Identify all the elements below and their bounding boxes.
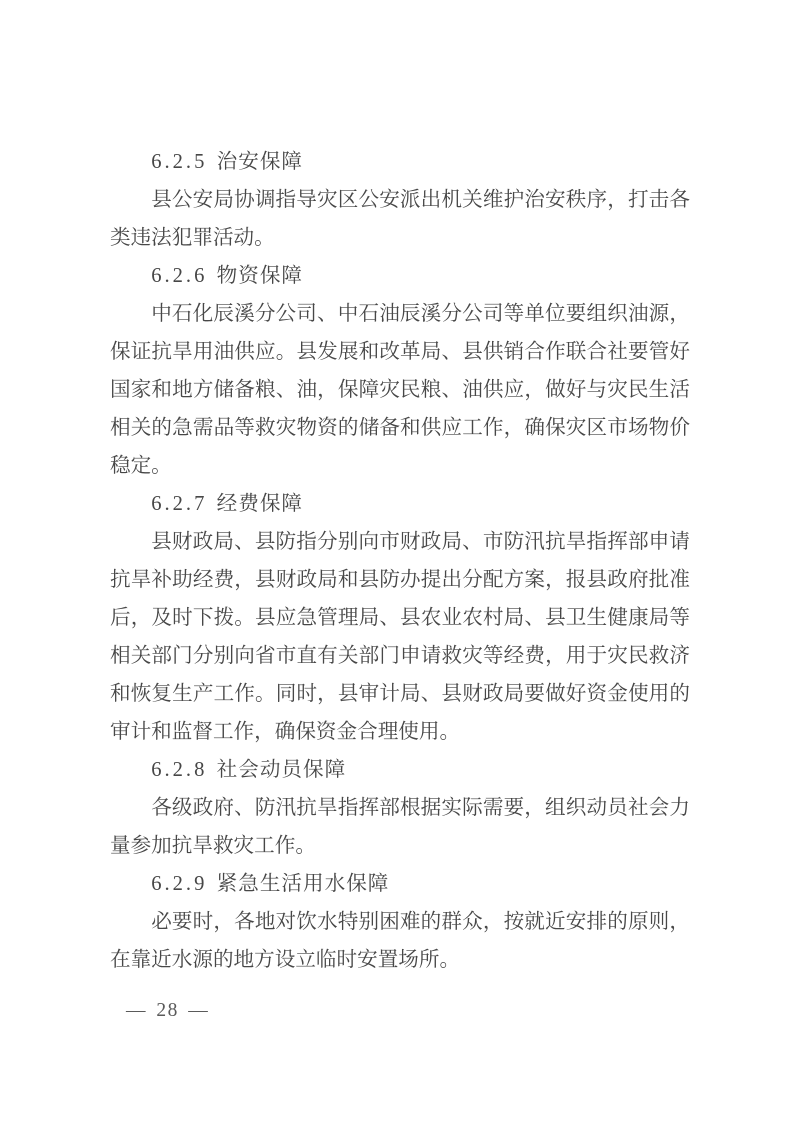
document-content: 6.2.5治安保障 县公安局协调指导灾区公安派出机关维护治安秩序，打击各类违法犯…: [110, 143, 690, 979]
section-title: 物资保障: [217, 265, 303, 287]
section-paragraph: 各级政府、防汛抗旱指挥部根据实际需要，组织动员社会力量参加抗旱救灾工作。: [110, 789, 690, 865]
section-paragraph: 县财政局、县防指分别向市财政局、市防汛抗旱指挥部申请抗旱补助经费，县财政局和县防…: [110, 523, 690, 751]
section-heading: 6.2.8社会动员保障: [110, 751, 690, 789]
section-title: 紧急生活用水保障: [217, 873, 390, 895]
section-title: 经费保障: [217, 493, 303, 515]
section-title: 治安保障: [217, 151, 303, 173]
section-paragraph: 中石化辰溪分公司、中石油辰溪分公司等单位要组织油源，保证抗旱用油供应。县发展和改…: [110, 295, 690, 485]
section-6-2-6: 6.2.6物资保障 中石化辰溪分公司、中石油辰溪分公司等单位要组织油源，保证抗旱…: [110, 257, 690, 485]
section-number: 6.2.5: [151, 151, 207, 173]
section-paragraph: 必要时，各地对饮水特别困难的群众，按就近安排的原则，在靠近水源的地方设立临时安置…: [110, 903, 690, 979]
section-number: 6.2.9: [151, 873, 207, 895]
section-6-2-7: 6.2.7经费保障 县财政局、县防指分别向市财政局、市防汛抗旱指挥部申请抗旱补助…: [110, 485, 690, 751]
section-heading: 6.2.7经费保障: [110, 485, 690, 523]
section-paragraph: 县公安局协调指导灾区公安派出机关维护治安秩序，打击各类违法犯罪活动。: [110, 181, 690, 257]
section-6-2-8: 6.2.8社会动员保障 各级政府、防汛抗旱指挥部根据实际需要，组织动员社会力量参…: [110, 751, 690, 865]
section-heading: 6.2.9紧急生活用水保障: [110, 865, 690, 903]
section-6-2-9: 6.2.9紧急生活用水保障 必要时，各地对饮水特别困难的群众，按就近安排的原则，…: [110, 865, 690, 979]
section-title: 社会动员保障: [217, 759, 347, 781]
section-heading: 6.2.6物资保障: [110, 257, 690, 295]
section-number: 6.2.7: [151, 493, 207, 515]
section-number: 6.2.8: [151, 759, 207, 781]
section-6-2-5: 6.2.5治安保障 县公安局协调指导灾区公安派出机关维护治安秩序，打击各类违法犯…: [110, 143, 690, 257]
section-number: 6.2.6: [151, 265, 207, 287]
section-heading: 6.2.5治安保障: [110, 143, 690, 181]
page-number: — 28 —: [126, 1000, 209, 1022]
document-page: 6.2.5治安保障 县公安局协调指导灾区公安派出机关维护治安秩序，打击各类违法犯…: [0, 0, 792, 1121]
